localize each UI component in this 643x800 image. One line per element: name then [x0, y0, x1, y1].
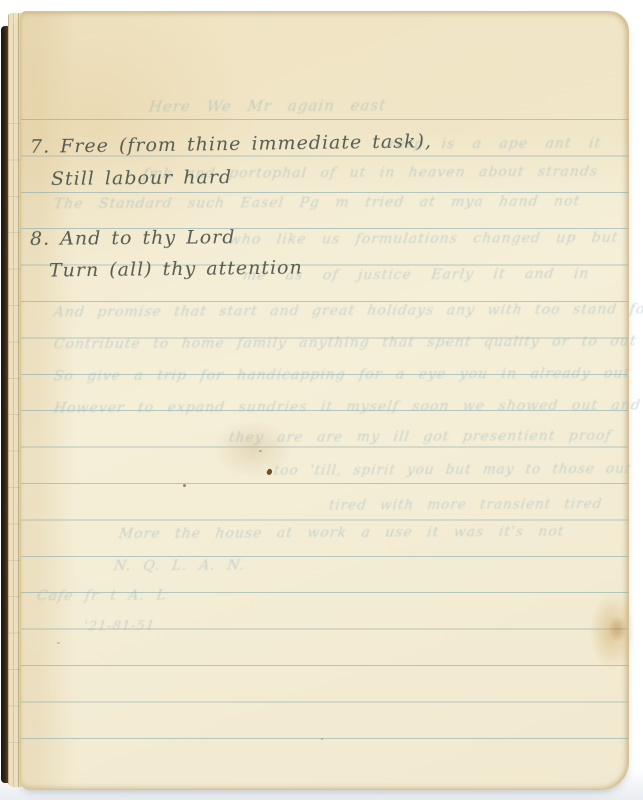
notebook-page: Here We Mr again eastresp is a ape ant i… [20, 11, 629, 790]
handwritten-line: Still labour hard [51, 166, 232, 190]
handwritten-line: 8. And to thy Lord [30, 226, 236, 250]
handwritten-line: 7. Free (from thine immediate task), [30, 130, 432, 158]
handwritten-line: Turn (all) thy attention [49, 256, 303, 281]
handwriting-layer: 7. Free (from thine immediate task), Sti… [21, 12, 628, 789]
scanned-notebook-photo: Here We Mr again eastresp is a ape ant i… [0, 0, 643, 800]
